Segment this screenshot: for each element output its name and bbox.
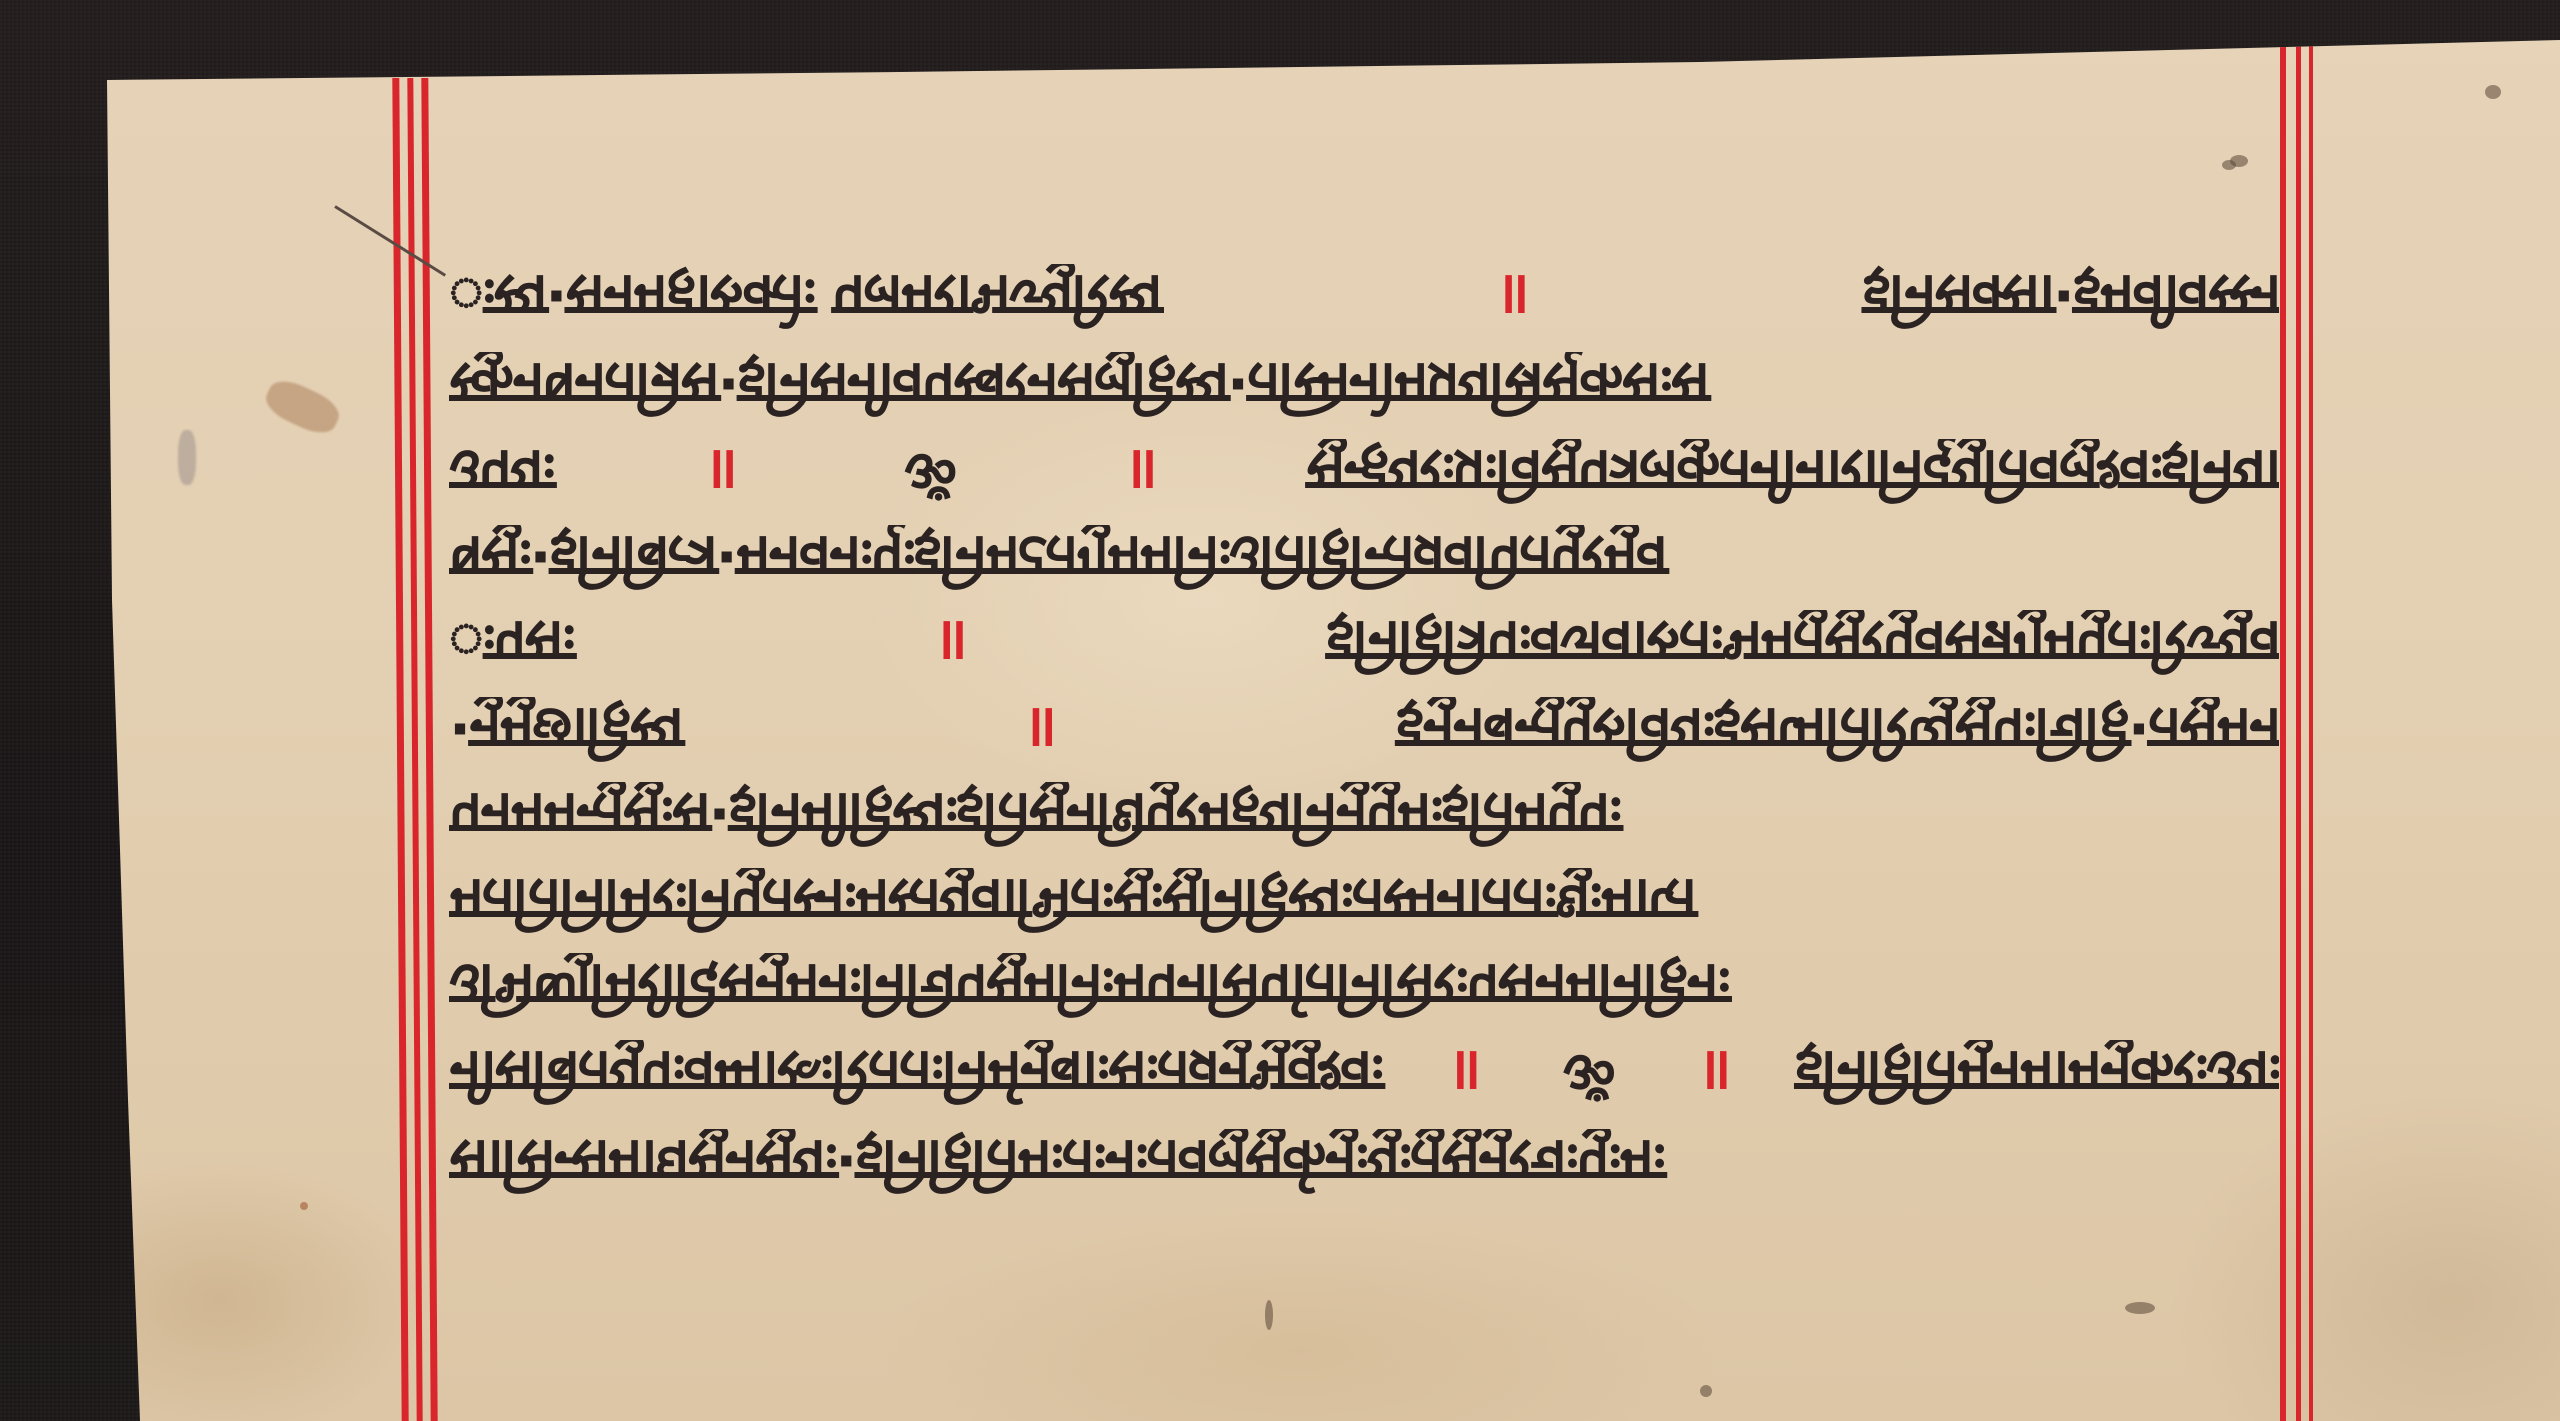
speck <box>1700 1385 1712 1397</box>
om-symbol: ॐ <box>886 439 973 509</box>
manuscript-line: पनममन्तुसुःस·इनिमीहिस्यःइतिसुनधिपुरमहयनि… <box>449 782 2279 852</box>
manuscript-line: स्कुनषनतन्रिस·इनिसनीवपस्बरनसलुहिस्य·तस्म… <box>449 352 2279 422</box>
manuscript-line: ·नुमुछाहिस्य॥इनुनबन्तुपुरुवियःइसप्मतिरिप… <box>449 697 2279 767</box>
line-text: उपयः <box>449 439 553 509</box>
line-text: पनममन्तुसुःस·इनिमीहिस्यःइतिसुनधिपुरमहयनि… <box>449 782 1620 852</box>
double-danda-mark: ॥ <box>1481 264 1542 334</box>
line-text: नीसबितयुपःवम्मारूःरिततःनिर्मनुबाःसःतव्रन… <box>449 1040 1382 1110</box>
line-text: सासिन्समाघसुनसुयः·इनिहितिमःतःनःतवलुसुर्क… <box>449 1129 1663 1199</box>
double-danda-mark: ॥ <box>919 610 980 680</box>
stain-left <box>260 374 344 440</box>
manuscript-line: मततिनिमिरःनिपुतस्नःमस्तयुवाभितःसुःसुनिहि… <box>449 868 2279 938</box>
line-text: उभिष्णुमिरीदिसनुमनःनिचिपसुमनिःमपनसिर्पात… <box>449 953 1728 1023</box>
manuscript-line: नीसबितयुपःवम्मारूःरिततःनिर्मनुबाःसःतव्रन… <box>449 1040 2279 1110</box>
double-danda-mark: ॥ <box>689 439 750 509</box>
speck <box>300 1202 308 1210</box>
manuscript-line: षसुः·इनिबित्त्र·मनवनःपृःइनिमटतगुममनिःउति… <box>449 525 2279 595</box>
double-danda-mark: ॥ <box>1433 1040 1494 1110</box>
manuscript-line: सासिन्समाघसुनसुयः·इनिहितिमःतःनःतवलुसुर्क… <box>449 1129 2279 1199</box>
line-text: मततिनिमिरःनिपुतस्नःमस्तयुवाभितःसुःसुनिहि… <box>449 868 1695 938</box>
speck <box>2485 85 2501 99</box>
line-text: इनिहित्रिपःवजवारुतःभमतुसुरपुवसन्नगुमपुतः… <box>1326 610 2279 680</box>
left-margin-rule <box>407 78 422 1421</box>
double-danda-mark: ॥ <box>1008 697 1069 767</box>
double-danda-mark: ॥ <box>1683 1040 1744 1110</box>
speck <box>2222 160 2236 170</box>
line-text: इनिहितिमुनमामनुकरःउयः <box>1795 1040 2279 1110</box>
manuscript-line: ःस्य·सनमहारुक्तेः पलमराभज्युरिस्य॥इनिसक्… <box>449 264 2279 334</box>
speck <box>1265 1300 1273 1330</box>
right-margin-rule <box>2280 45 2286 1421</box>
line-text: स्कुनषनतन्रिस·इनिसनीवपस्बरनसलुहिस्य·तस्म… <box>449 352 1708 422</box>
right-margin-rule <box>2296 45 2301 1421</box>
speck <box>2125 1302 2155 1314</box>
right-margin-rule <box>2309 45 2313 1421</box>
manuscript-line: उपयः॥ॐ॥सुन्हयरःप्रःविसुपत्रलकुतनीनारानिद… <box>449 439 2279 509</box>
left-margin-rule <box>392 78 408 1421</box>
line-text: इनुनबन्तुपुरुवियःइसप्मतिरिप्युसुपःचिहि·त… <box>1396 697 2279 767</box>
line-text: सुन्हयरःप्रःविसुपत्रलकुतनीनारानिदृयुतिवल… <box>1306 439 2279 509</box>
manuscript-line: उभिष्णुमिरीदिसनुमनःनिचिपसुमनिःमपनसिर्पात… <box>449 953 2279 1023</box>
line-text: ःपसः <box>449 610 573 680</box>
line-text: इनिसक्सा·इमवीवस्स्न <box>1862 264 2279 334</box>
left-margin-rule <box>421 78 437 1421</box>
stain-left-2 <box>178 430 196 485</box>
double-danda-mark: ॥ <box>1109 439 1170 509</box>
manuscript-folio: ःस्य·सनमहारुक्तेः पलमराभज्युरिस्य॥इनिसक्… <box>0 0 2560 1421</box>
om-symbol: ॐ <box>1545 1040 1632 1110</box>
manuscript-line: ःपसः॥इनिहित्रिपःवजवारुतःभमतुसुरपुवसन्नगु… <box>449 610 2279 680</box>
line-text: षसुः·इनिबित्त्र·मनवनःपृःइनिमटतगुममनिःउति… <box>449 525 1666 595</box>
line-text: ·नुमुछाहिस्य <box>449 697 682 767</box>
line-text: ःस्य·सनमहारुक्तेः पलमराभज्युरिस्य <box>449 264 1160 334</box>
